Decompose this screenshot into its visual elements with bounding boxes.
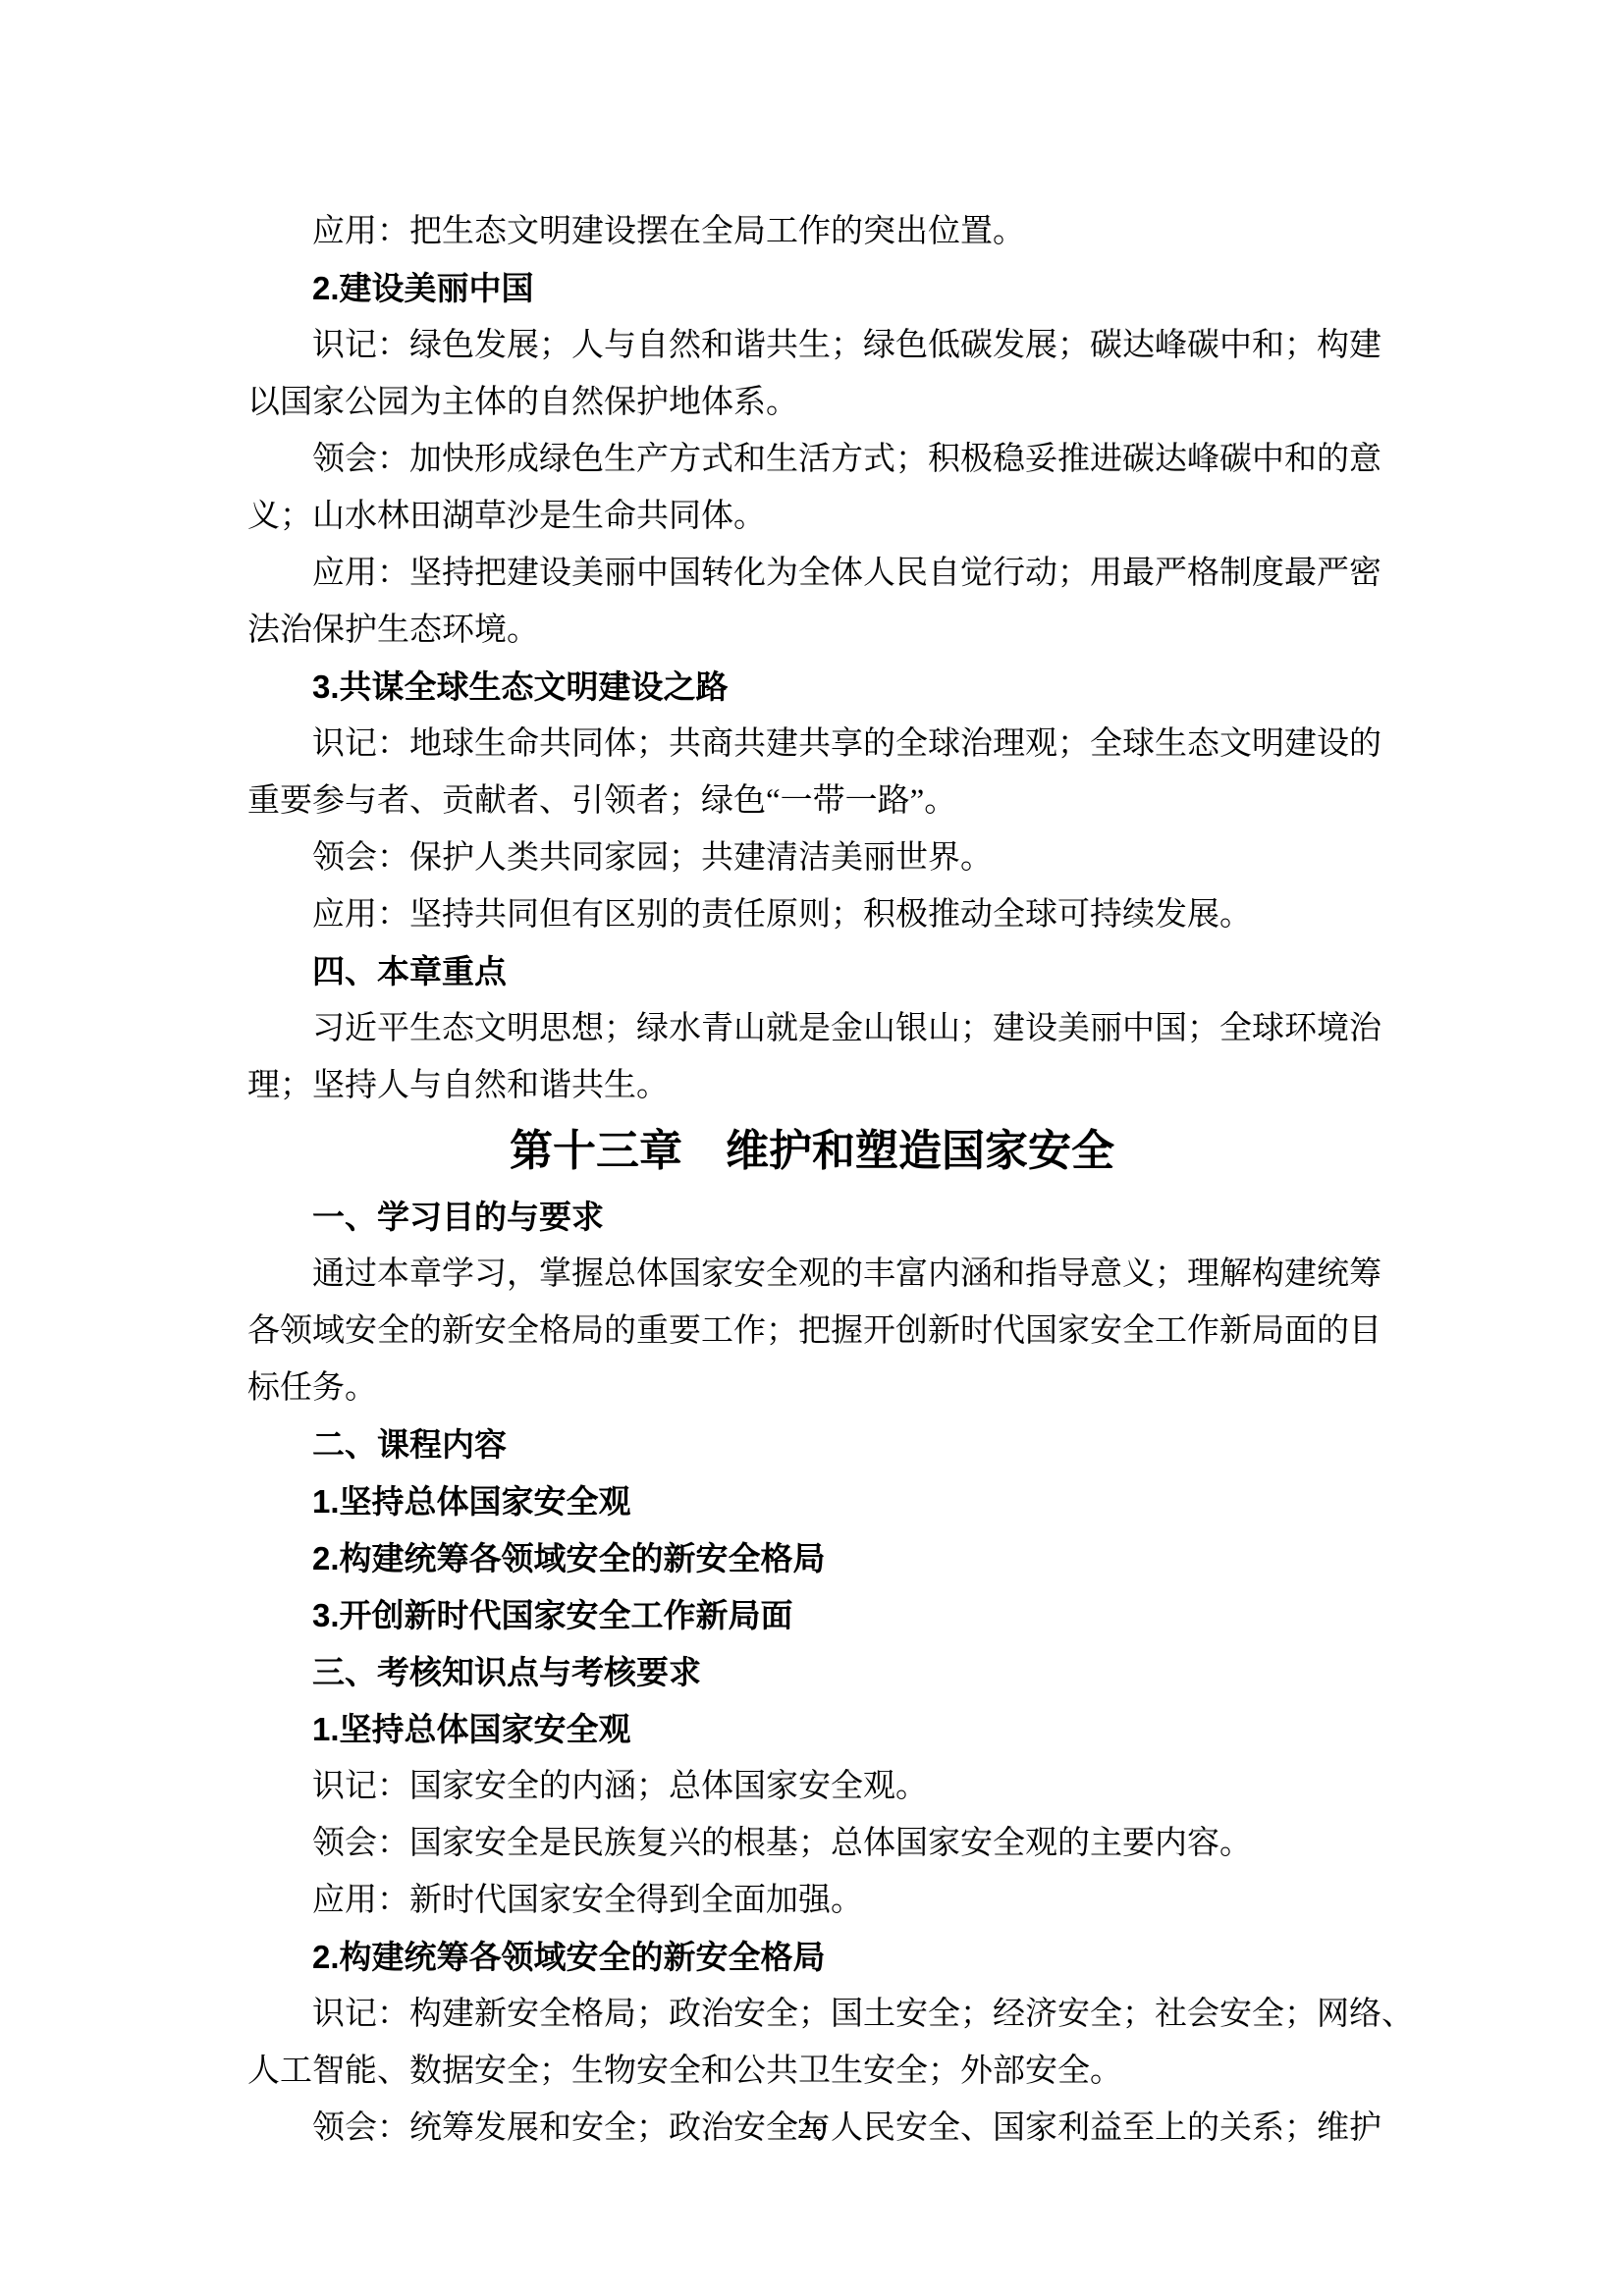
text-line: 二、课程内容 <box>247 1416 1377 1473</box>
text-line: 应用：坚持把建设美丽中国转化为全体人民自觉行动；用最严格制度最严密 <box>247 545 1377 602</box>
text-line: 识记：国家安全的内涵；总体国家安全观。 <box>247 1758 1377 1815</box>
text-line: 识记：绿色发展；人与自然和谐共生；绿色低碳发展；碳达峰碳中和；构建 <box>247 317 1377 374</box>
text-line: 义；山水林田湖草沙是生命共同体。 <box>247 488 1377 545</box>
text-line: 通过本章学习，掌握总体国家安全观的丰富内涵和指导意义；理解构建统筹 <box>247 1246 1377 1303</box>
text-line: 1.坚持总体国家安全观 <box>247 1473 1377 1530</box>
text-line: 识记：构建新安全格局；政治安全；国土安全；经济安全；社会安全；网络、 <box>247 1986 1377 2043</box>
text-line: 标任务。 <box>247 1360 1377 1416</box>
text-line: 识记：地球生命共同体；共商共建共享的全球治理观；全球生态文明建设的 <box>247 716 1377 773</box>
text-line: 2.建设美丽中国 <box>247 260 1377 317</box>
text-line: 应用：新时代国家安全得到全面加强。 <box>247 1872 1377 1929</box>
text-line: 2.构建统筹各领域安全的新安全格局 <box>247 1530 1377 1587</box>
text-line: 习近平生态文明思想；绿水青山就是金山银山；建设美丽中国；全球环境治 <box>247 1000 1377 1057</box>
page-number: 20 <box>0 2112 1624 2146</box>
document-page: 应用：把生态文明建设摆在全局工作的突出位置。2.建设美丽中国识记：绿色发展；人与… <box>0 0 1624 2296</box>
text-line: 以国家公园为主体的自然保护地体系。 <box>247 374 1377 431</box>
text-line: 各领域安全的新安全格局的重要工作；把握开创新时代国家安全工作新局面的目 <box>247 1303 1377 1360</box>
text-line: 1.坚持总体国家安全观 <box>247 1701 1377 1758</box>
text-line: 领会：保护人类共同家园；共建清洁美丽世界。 <box>247 829 1377 886</box>
text-line: 三、考核知识点与考核要求 <box>247 1644 1377 1701</box>
text-line: 领会：加快形成绿色生产方式和生活方式；积极稳妥推进碳达峰碳中和的意 <box>247 431 1377 488</box>
text-line: 人工智能、数据安全；生物安全和公共卫生安全；外部安全。 <box>247 2043 1377 2100</box>
text-line: 2.构建统筹各领域安全的新安全格局 <box>247 1929 1377 1986</box>
text-line: 3.开创新时代国家安全工作新局面 <box>247 1587 1377 1644</box>
text-line: 四、本章重点 <box>247 943 1377 1000</box>
text-line: 一、学习目的与要求 <box>247 1189 1377 1246</box>
text-line: 理；坚持人与自然和谐共生。 <box>247 1057 1377 1114</box>
text-line: 3.共谋全球生态文明建设之路 <box>247 659 1377 716</box>
text-line: 重要参与者、贡献者、引领者；绿色“一带一路”。 <box>247 773 1377 829</box>
text-line: 领会：国家安全是民族复兴的根基；总体国家安全观的主要内容。 <box>247 1815 1377 1872</box>
text-line: 法治保护生态环境。 <box>247 602 1377 659</box>
chapter-heading: 第十三章 维护和塑造国家安全 <box>247 1114 1377 1189</box>
text-line: 应用：坚持共同但有区别的责任原则；积极推动全球可持续发展。 <box>247 886 1377 943</box>
text-line: 应用：把生态文明建设摆在全局工作的突出位置。 <box>247 203 1377 260</box>
document-body: 应用：把生态文明建设摆在全局工作的突出位置。2.建设美丽中国识记：绿色发展；人与… <box>247 203 1377 2157</box>
